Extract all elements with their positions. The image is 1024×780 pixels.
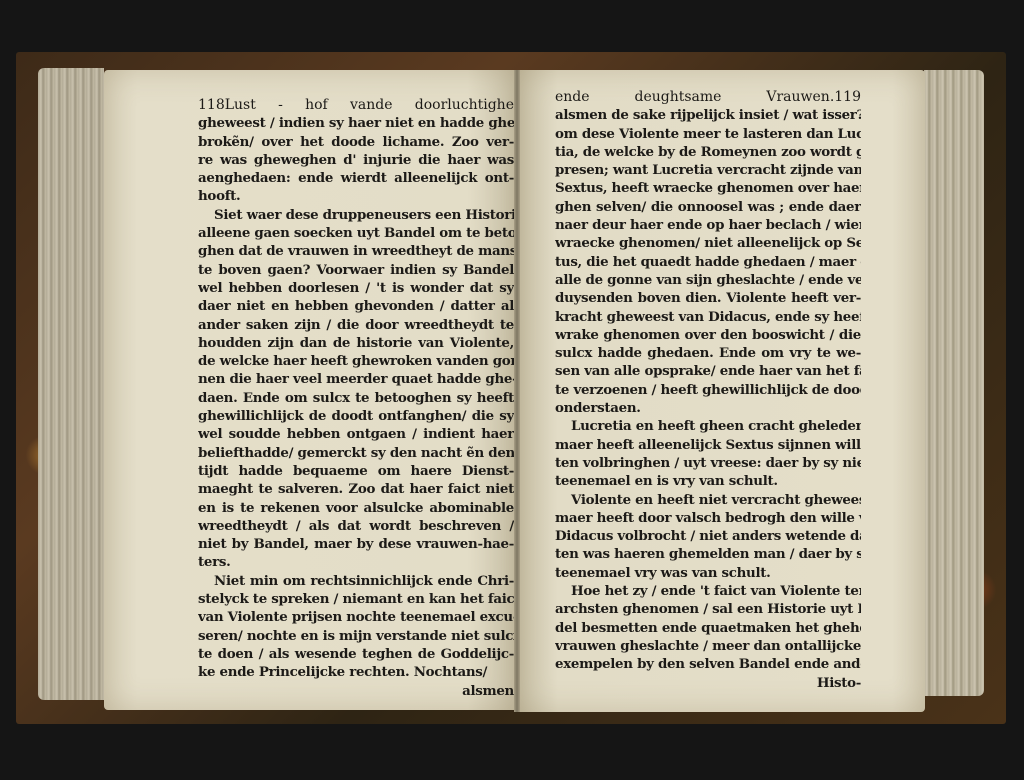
left-body-lines: gheweest / indien sy haer niet en hadde … bbox=[198, 114, 514, 700]
text-line: ghewillichlijck de doodt ontfanghen/ die… bbox=[198, 407, 514, 425]
text-line: wel hebben doorlesen / 't is wonder dat … bbox=[198, 279, 514, 297]
text-line: tus, die het quaedt hadde ghedaen / maer… bbox=[555, 253, 861, 271]
right-page-edges bbox=[924, 70, 984, 696]
text-line: niet by Bandel, maer by dese vrauwen-hae… bbox=[198, 535, 514, 553]
text-line: beliefthadde/ gemerckt sy den nacht ẽn d… bbox=[198, 444, 514, 462]
right-page-text: ende deughtsame Vrauwen. 119 alsmen de s… bbox=[555, 88, 861, 692]
text-line: wrake ghenomen over den booswicht / die bbox=[555, 326, 861, 344]
text-line: alsmen bbox=[198, 682, 514, 700]
left-running-head: 118 Lust - hof vande doorluchtighe bbox=[198, 96, 514, 114]
text-line: om dese Violente meer te lasteren dan Lu… bbox=[555, 125, 861, 143]
text-line: teenemael vry was van schult. bbox=[555, 564, 861, 582]
text-line: brokẽn/ over het doode lichame. Zoo ver- bbox=[198, 133, 514, 151]
right-page-number: 119 bbox=[834, 88, 861, 106]
text-line: archsten ghenomen / sal een Historie uyt… bbox=[555, 600, 861, 618]
text-line: sulcx hadde ghedaen. Ende om vry te we- bbox=[555, 344, 861, 362]
text-line: alleene gaen soecken uyt Bandel om te be… bbox=[198, 224, 514, 242]
text-line: Hoe het zy / ende 't faict van Violente … bbox=[555, 582, 861, 600]
text-line: wraecke ghenomen/ niet alleenelijck op S… bbox=[555, 234, 861, 252]
text-line: Lucretia en heeft gheen cracht gheleden … bbox=[555, 417, 861, 435]
text-line: aenghedaen: ende wierdt alleenelijck ont… bbox=[198, 169, 514, 187]
text-line: wel soudde hebben ontgaen / indient haer bbox=[198, 425, 514, 443]
text-line: duysenden boven dien. Violente heeft ver… bbox=[555, 289, 861, 307]
text-line: tijdt hadde bequaeme om haere Dienst- bbox=[198, 462, 514, 480]
left-page-edges bbox=[38, 68, 104, 700]
text-line: nen die haer veel meerder quaet hadde gh… bbox=[198, 370, 514, 388]
text-line: Histo- bbox=[555, 674, 861, 692]
text-line: stelyck te spreken / niemant en kan het … bbox=[198, 590, 514, 608]
left-running-title: Lust - hof vande doorluchtighe bbox=[225, 96, 514, 114]
text-line: te doen / als wesende teghen de Goddelij… bbox=[198, 645, 514, 663]
text-line: exempelen by den selven Bandel ende ande… bbox=[555, 655, 861, 673]
text-line: kracht gheweest van Didacus, ende sy hee… bbox=[555, 308, 861, 326]
text-line: del besmetten ende quaetmaken het ghehee… bbox=[555, 619, 861, 637]
text-line: en is te rekenen voor alsulcke abominabl… bbox=[198, 499, 514, 517]
text-line: daen. Ende om sulcx te betooghen sy heef… bbox=[198, 389, 514, 407]
text-line: alle de gonne van sijn gheslachte / ende… bbox=[555, 271, 861, 289]
text-line: maeght te salveren. Zoo dat haer faict n… bbox=[198, 480, 514, 498]
text-line: ten volbringhen / uyt vreese: daer by sy… bbox=[555, 454, 861, 472]
left-page-text: 118 Lust - hof vande doorluchtighe ghewe… bbox=[198, 96, 514, 700]
text-line: wreedtheydt / als dat wordt beschreven / bbox=[198, 517, 514, 535]
text-line: ten was haeren ghemelden man / daer by s… bbox=[555, 545, 861, 563]
text-line: ke ende Princelijcke rechten. Nochtans/ bbox=[198, 663, 514, 681]
text-line: Siet waer dese druppeneusers een Histori… bbox=[198, 206, 514, 224]
text-line: Didacus volbrocht / niet anders wetende … bbox=[555, 527, 861, 545]
text-line: te verzoenen / heeft ghewillichlijck de … bbox=[555, 381, 861, 399]
text-line: presen; want Lucretia vercracht zijnde v… bbox=[555, 161, 861, 179]
left-page-number: 118 bbox=[198, 96, 225, 114]
text-line: maer heeft alleenelijck Sextus sijnnen w… bbox=[555, 436, 861, 454]
text-line: van Violente prijsen nochte teenemael ex… bbox=[198, 608, 514, 626]
text-line: maer heeft door valsch bedrogh den wille… bbox=[555, 509, 861, 527]
text-line: ghen selven/ die onnoosel was ; ende dae… bbox=[555, 198, 861, 216]
right-body-lines: alsmen de sake rijpelijck insiet / wat i… bbox=[555, 106, 861, 692]
text-line: sen van alle opsprake/ ende haer van het… bbox=[555, 362, 861, 380]
text-line: houdden zijn dan de historie van Violent… bbox=[198, 334, 514, 352]
text-line: teenemael en is vry van schult. bbox=[555, 472, 861, 490]
right-running-title: ende deughtsame Vrauwen. bbox=[555, 88, 834, 106]
text-line: onderstaen. bbox=[555, 399, 861, 417]
text-line: gheweest / indien sy haer niet en hadde … bbox=[198, 114, 514, 132]
text-line: hooft. bbox=[198, 187, 514, 205]
text-line: Niet min om rechtsinnichlijck ende Chri- bbox=[198, 572, 514, 590]
text-line: ghen dat de vrauwen in wreedtheyt de man… bbox=[198, 242, 514, 260]
right-running-head: ende deughtsame Vrauwen. 119 bbox=[555, 88, 861, 106]
text-line: daer niet en hebben ghevonden / datter a… bbox=[198, 297, 514, 315]
book-gutter bbox=[514, 70, 520, 712]
text-line: alsmen de sake rijpelijck insiet / wat i… bbox=[555, 106, 861, 124]
text-line: Sextus, heeft wraecke ghenomen over haer… bbox=[555, 179, 861, 197]
text-line: Violente en heeft niet vercracht ghewees… bbox=[555, 491, 861, 509]
text-line: ander saken zijn / die door wreedtheydt … bbox=[198, 316, 514, 334]
text-line: de welcke haer heeft ghewroken vanden go… bbox=[198, 352, 514, 370]
text-line: tia, de welcke by de Romeynen zoo wordt … bbox=[555, 143, 861, 161]
text-line: seren/ nochte en is mijn verstande niet … bbox=[198, 627, 514, 645]
text-line: vrauwen gheslachte / meer dan ontallijck… bbox=[555, 637, 861, 655]
text-line: re was gheweghen d' injurie die haer was bbox=[198, 151, 514, 169]
text-line: te boven gaen? Voorwaer indien sy Bandel bbox=[198, 261, 514, 279]
text-line: ters. bbox=[198, 553, 514, 571]
text-line: naer deur haer ende op haer beclach / wi… bbox=[555, 216, 861, 234]
